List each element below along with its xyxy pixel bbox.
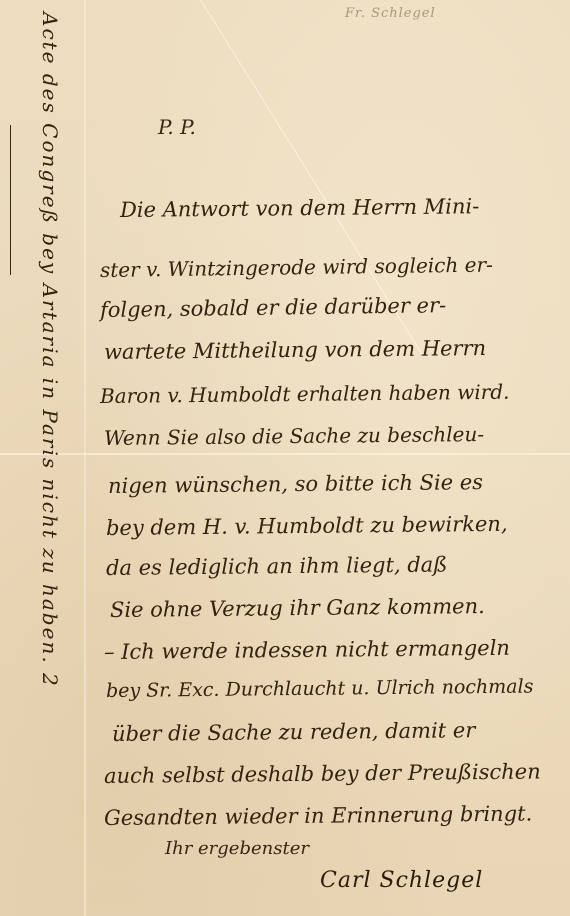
letter-page: Fr. Schlegel Acte des Congreß bey Artari… <box>0 0 570 916</box>
letter-line: wartete Mittheilung von dem Herrn <box>104 336 486 364</box>
letter-line: folgen, sobald er die darüber er- <box>100 293 446 322</box>
salutation: P. P. <box>158 115 196 139</box>
letter-line: da es lediglich an ihm liegt, daß <box>106 552 448 580</box>
margin-postscript: Acte des Congreß bey Artaria in Paris ni… <box>38 12 62 892</box>
letter-closing: Ihr ergebenster <box>165 838 309 859</box>
signature: Carl Schlegel <box>320 868 483 893</box>
letter-line: bey dem H. v. Humboldt zu bewirken, <box>106 512 508 540</box>
letter-line: Gesandten wieder in Erinnerung bringt. <box>104 802 532 830</box>
letter-line: Wenn Sie also die Sache zu beschleu- <box>104 422 484 450</box>
letter-line: auch selbst deshalb bey der Preußischen <box>104 759 541 788</box>
letter-line: Sie ohne Verzug ihr Ganz kommen. <box>110 594 485 622</box>
letter-line: Baron v. Humboldt erhalten haben wird. <box>100 380 510 408</box>
letter-line: – Ich werde indessen nicht ermangeln <box>104 636 510 664</box>
archival-pencil-note: Fr. Schlegel <box>345 6 436 21</box>
margin-underline <box>10 125 11 275</box>
letter-line: über die Sache zu reden, damit er <box>112 718 476 746</box>
left-margin: Acte des Congreß bey Artaria in Paris ni… <box>0 0 100 916</box>
letter-line: bey Sr. Exc. Durchlaucht u. Ulrich nochm… <box>106 676 534 702</box>
letter-line: nigen wünschen, so bitte ich Sie es <box>108 470 483 498</box>
letter-line: ster v. Wintzingerode wird sogleich er- <box>100 253 493 282</box>
letter-line: Die Antwort von dem Herrn Mini- <box>120 194 480 222</box>
